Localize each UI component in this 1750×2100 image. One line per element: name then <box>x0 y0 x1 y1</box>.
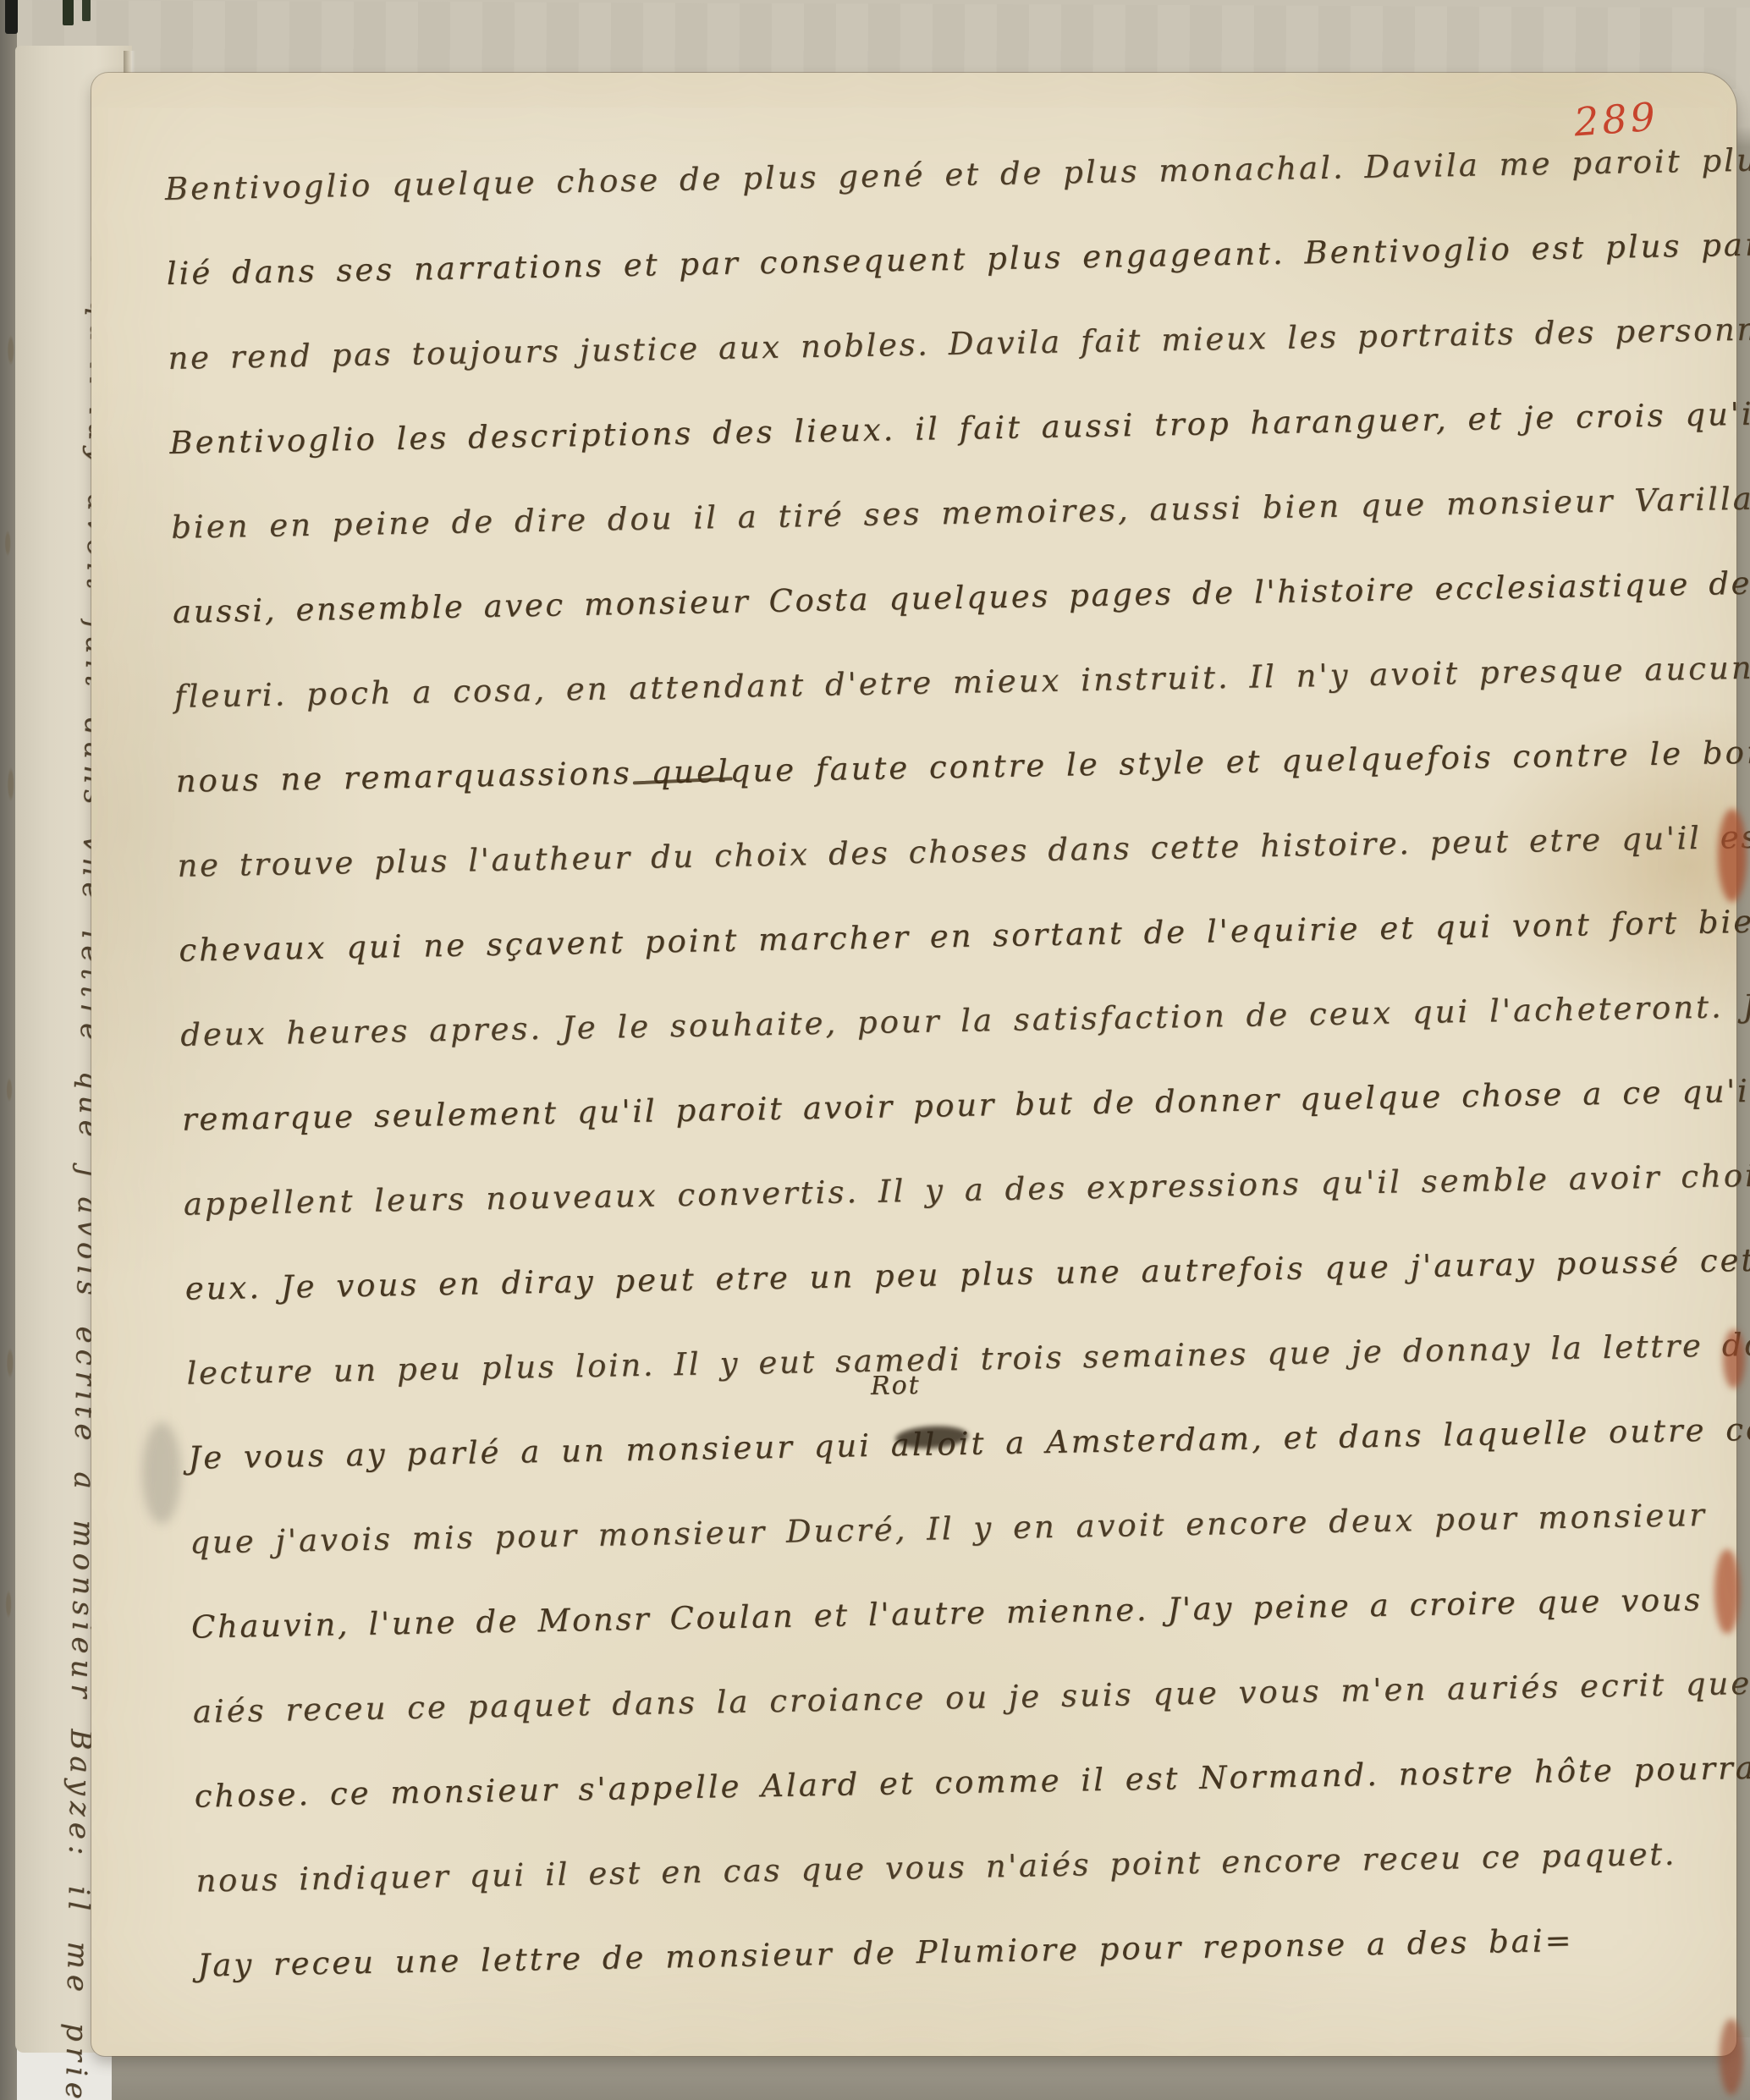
cutoff-margin-strokes <box>2 254 17 1861</box>
interlinear-correction: Rot <box>871 1371 921 1401</box>
letter-body: Bentivoglio quelque chose de plus gené e… <box>164 118 1750 2008</box>
edge-stain <box>1714 1549 1740 1634</box>
binding-tab-icon <box>82 0 91 21</box>
binding-tab-icon <box>5 0 18 34</box>
edge-stain <box>1718 809 1747 902</box>
edge-stain <box>1720 2019 1743 2095</box>
edge-stain <box>1723 1329 1745 1388</box>
manuscript-page: 289 Bentivoglio quelque chose de plus ge… <box>91 73 1736 2056</box>
binding-tab-icon <box>63 0 74 25</box>
manuscript-scan: semains qu'il-luy avoit fait dans vne le… <box>0 0 1750 2100</box>
gray-blot <box>142 1422 181 1524</box>
